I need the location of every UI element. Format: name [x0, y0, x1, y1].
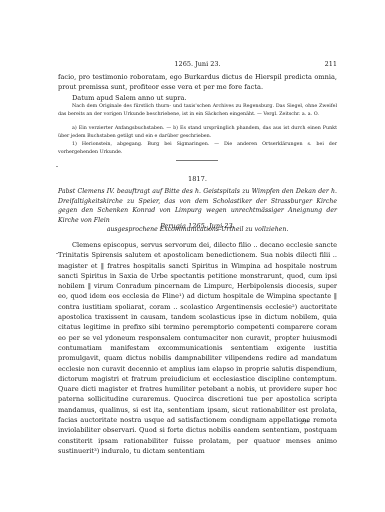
closing-paragraph: facio, pro testimonio roboratam, ego Bur… — [58, 72, 337, 93]
textual-note: a) Ein verzierter Anfangsbuchstaben. — b… — [58, 125, 337, 140]
place-note: 1) Herionstein, abgegang. Burg bei Sigma… — [58, 141, 337, 156]
place-date: Perugia 1265. Juni 23. — [58, 222, 337, 230]
document-page: 1265. Juni 23. 211 facio, pro testimonio… — [0, 0, 385, 512]
running-header: 1265. Juni 23. 211 — [58, 60, 337, 70]
margin-mark — [56, 253, 58, 254]
signature-mark: 27* — [300, 420, 309, 426]
regest-text: Pabst Clemens IV. beauftragt auf Bitte d… — [58, 188, 337, 224]
margin-mark — [56, 166, 58, 167]
datum-line: Datum apud Salem anno ut supra. — [58, 93, 337, 103]
closing-text: facio, pro testimonio roboratam, ego Bur… — [58, 72, 337, 103]
section-divider — [176, 160, 218, 161]
page-number: 211 — [325, 60, 337, 68]
document-text: Clemens episcopus, servus servorum dei, … — [58, 240, 337, 456]
running-title: 1265. Juni 23. — [58, 60, 337, 68]
document-number: 1817. — [58, 175, 337, 183]
source-note: Nach dem Originale des fürstlich thurn- … — [58, 103, 337, 118]
